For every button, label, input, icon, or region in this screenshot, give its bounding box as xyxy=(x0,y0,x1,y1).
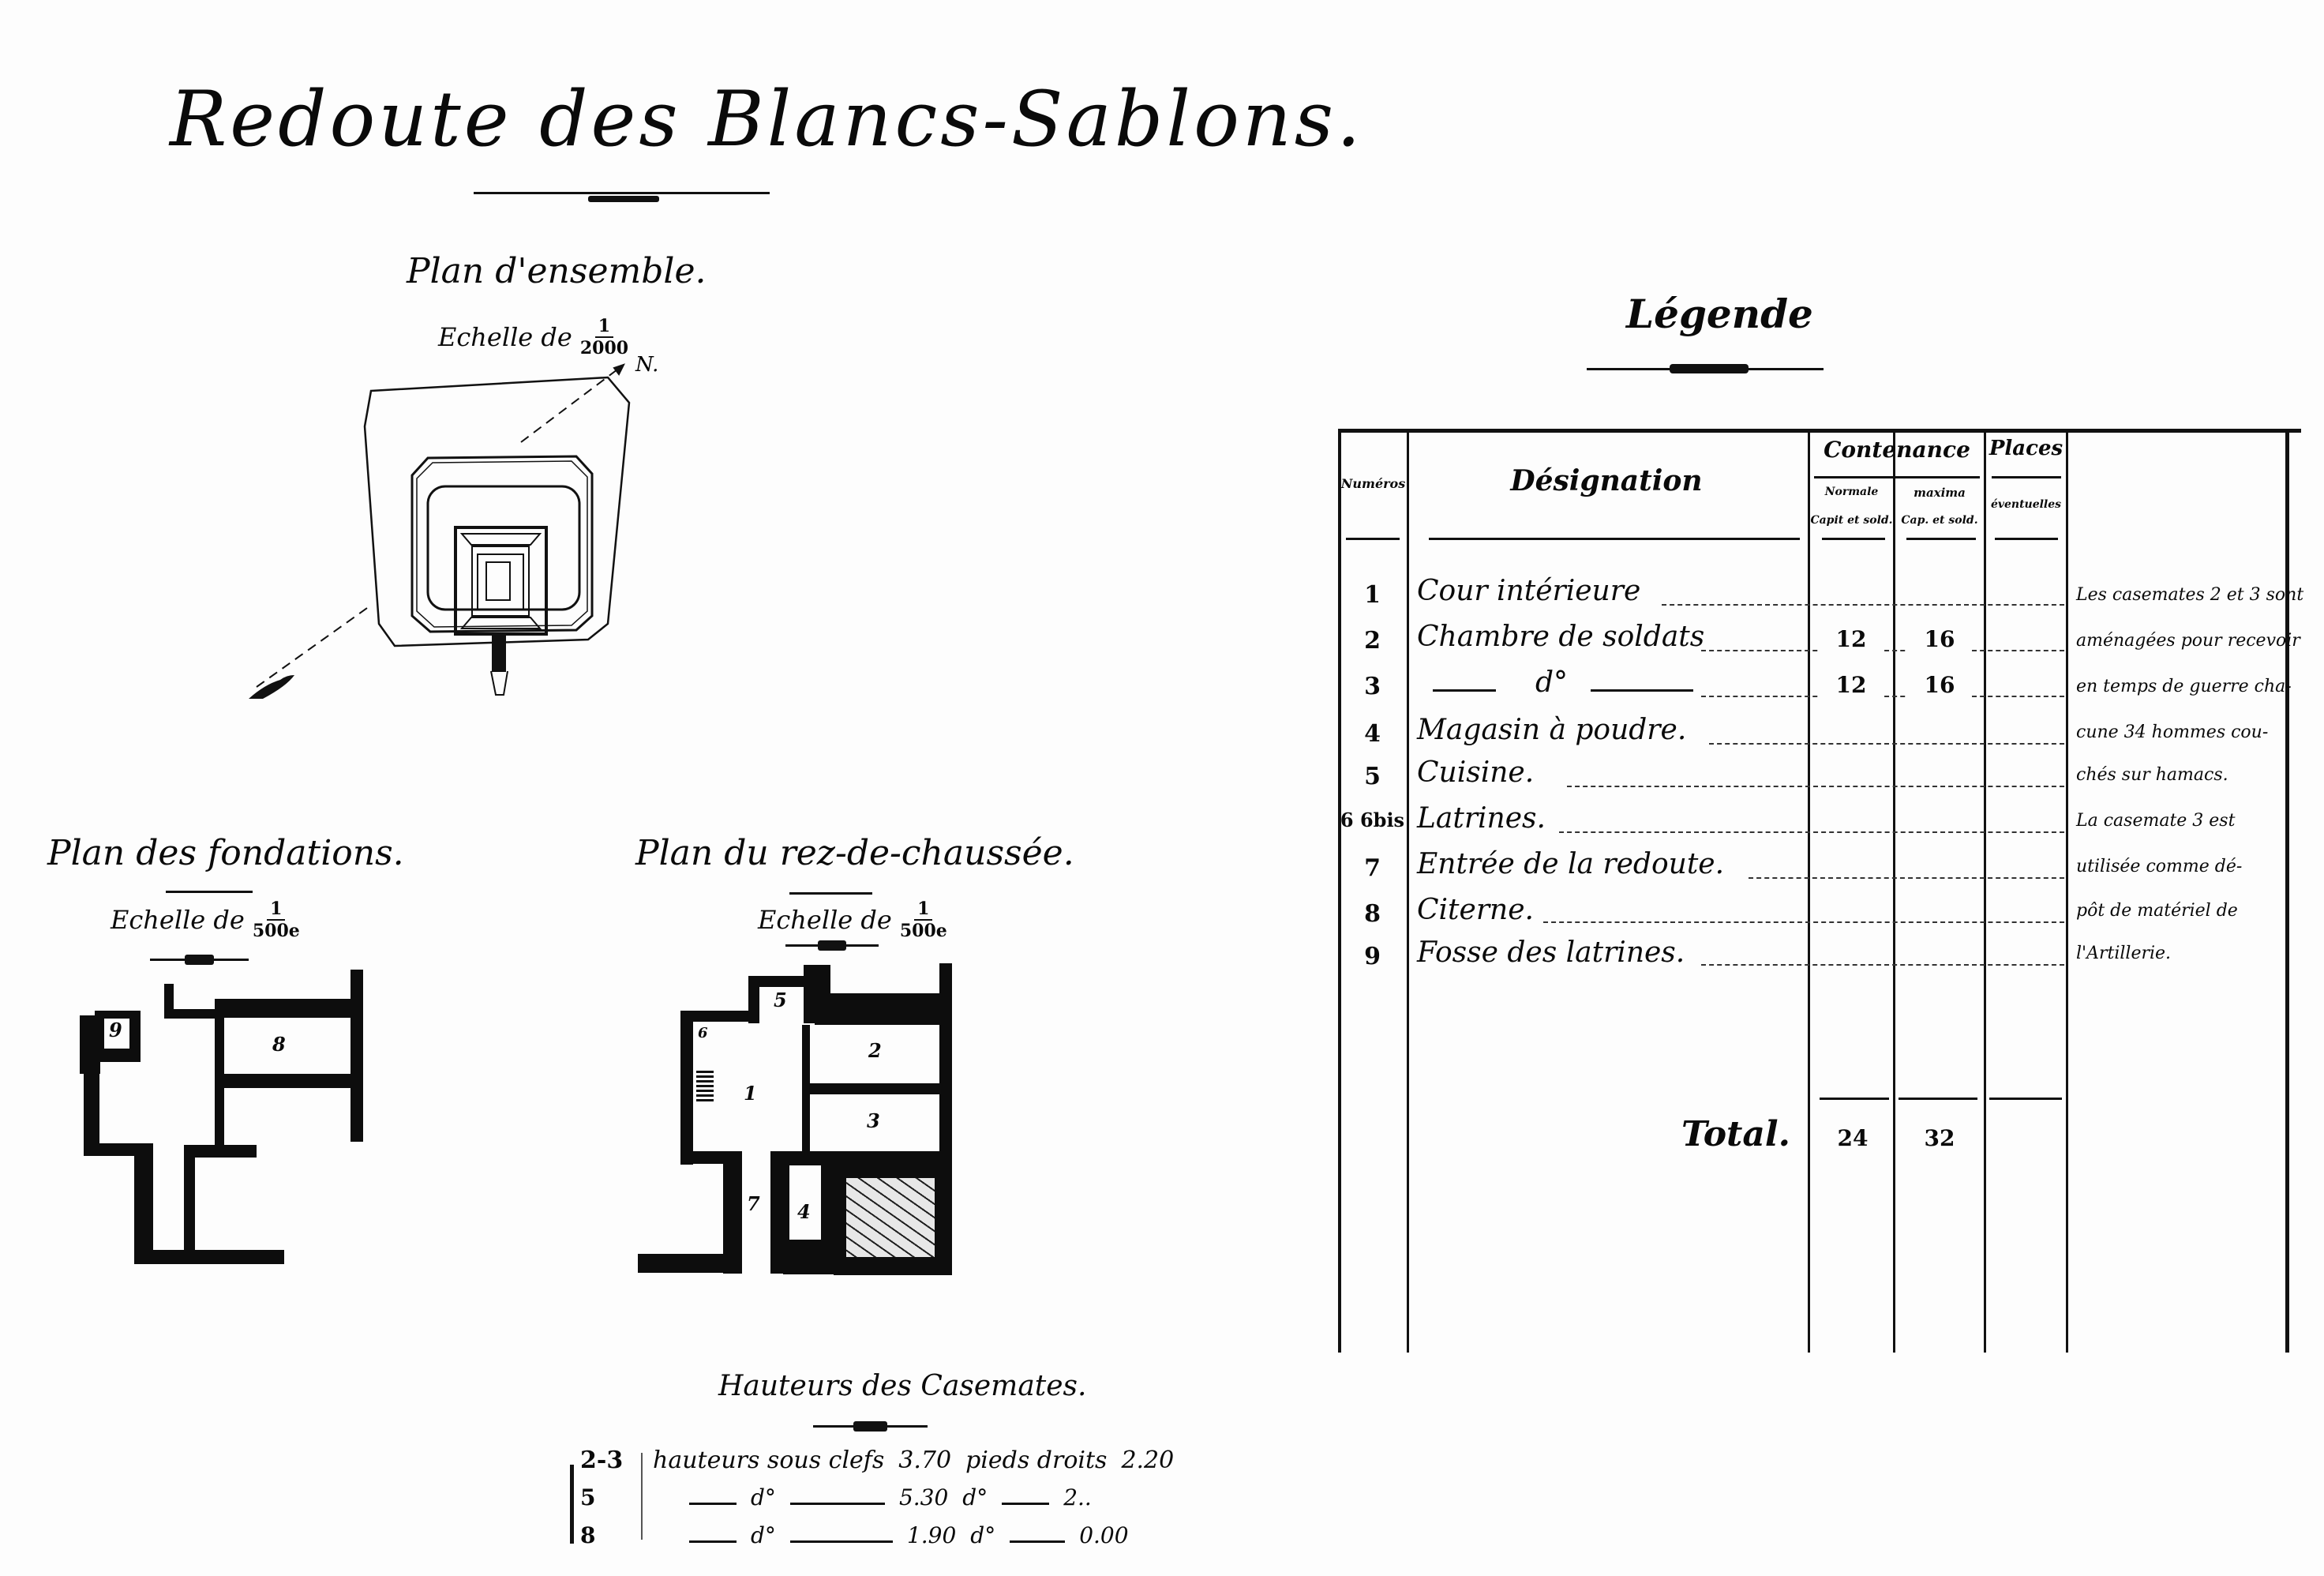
row-designation: Entrée de la redoute. xyxy=(1417,848,1812,880)
height-label: d° xyxy=(751,1484,776,1510)
row-number: 7 xyxy=(1338,854,1407,882)
site-plan-drawing: N. xyxy=(237,347,758,703)
header-places: Places xyxy=(1986,437,2066,460)
title-underline xyxy=(474,192,770,194)
note-line: l'Artillerie. xyxy=(2076,944,2289,963)
row-maxima: 16 xyxy=(1908,626,1971,652)
scale-denominator: 500e xyxy=(253,921,300,940)
scale-numerator: 1 xyxy=(914,900,932,921)
heights-row: 8 d° 1.90 d° 0.00 xyxy=(580,1522,1129,1548)
leader-dots xyxy=(1543,921,2064,923)
leader-dots xyxy=(1559,831,2064,833)
height-label: d° xyxy=(751,1522,776,1548)
table-right-border xyxy=(2285,429,2289,1353)
ditto-line xyxy=(1591,689,1693,692)
row-number: 9 xyxy=(1338,943,1407,970)
col-divider xyxy=(1984,429,1986,1353)
row-normale: 12 xyxy=(1820,672,1883,698)
height-pieds-droits: 2.20 xyxy=(1121,1447,1174,1474)
header-places-sub: éventuelles xyxy=(1986,498,2066,511)
header-rule xyxy=(1906,538,1976,540)
legend-title: Légende xyxy=(1626,291,1813,337)
foundation-plan-drawing: 9 8 xyxy=(63,955,379,1271)
leader-dots xyxy=(1662,604,2064,606)
row-number: 5 xyxy=(1338,763,1407,790)
row-maxima: 16 xyxy=(1908,672,1971,698)
height-pieds-droits: 2.. xyxy=(1063,1484,1092,1510)
col-divider xyxy=(1407,429,1409,1353)
title-underline-ornament xyxy=(588,196,659,202)
row-designation: Magasin à poudre. xyxy=(1417,714,1812,746)
leader-dots xyxy=(1567,786,2064,787)
heights-bracket xyxy=(570,1465,574,1544)
row-designation: Cour intérieure xyxy=(1417,575,1812,607)
row-number: 3 xyxy=(1338,673,1407,700)
header-rule xyxy=(1992,476,2061,478)
header-designation: Désignation xyxy=(1417,464,1796,497)
plan-rdc-title: Plan du rez-de-chaussée. xyxy=(635,833,1074,873)
row-designation: Latrines. xyxy=(1417,802,1812,835)
document-title: Redoute des Blancs-Sablons. xyxy=(170,75,1363,163)
total-rule xyxy=(1899,1098,1977,1100)
header-maxima-sub: Cap. et sold. xyxy=(1895,514,1984,527)
note-line: chés sur hamacs. xyxy=(2076,765,2289,785)
table-top-border xyxy=(1338,429,2301,433)
room-4-label: 4 xyxy=(797,1200,811,1223)
plan-rdc-underline xyxy=(789,892,872,895)
note-line: en temps de guerre cha- xyxy=(2076,677,2289,696)
row-designation: Cuisine. xyxy=(1417,756,1812,789)
plan-ensemble-title: Plan d'ensemble. xyxy=(407,251,706,291)
leader-dots xyxy=(1709,743,2064,745)
note-line: pôt de matériel de xyxy=(2076,901,2289,921)
total-maxima: 32 xyxy=(1908,1125,1971,1151)
room-2-label: 2 xyxy=(868,1039,882,1062)
scale-ornament xyxy=(785,944,879,947)
scale-label: Echelle de xyxy=(758,905,892,935)
scale-fraction: 1 500e xyxy=(900,900,947,940)
row-number: 6 6bis xyxy=(1338,809,1407,831)
height-under-keystone: 1.90 xyxy=(907,1522,956,1548)
header-rule xyxy=(1814,476,1980,478)
row-designation: Chambre de soldats xyxy=(1417,621,1812,653)
height-under-keystone: 3.70 xyxy=(898,1447,951,1474)
room-8-label: 8 xyxy=(272,1033,286,1056)
scale-numerator: 1 xyxy=(595,317,613,338)
row-number: 1 xyxy=(1338,581,1407,609)
header-normale-sub: Capit et sold. xyxy=(1810,514,1893,527)
height-pieds-droits: 0.00 xyxy=(1079,1522,1128,1548)
casemate-numbers: 8 xyxy=(580,1522,628,1548)
plan-fondations-underline xyxy=(166,891,253,893)
note-line: La casemate 3 est xyxy=(2076,811,2289,831)
note-line: aménagées pour recevoir xyxy=(2076,631,2289,651)
row-number: 4 xyxy=(1338,720,1407,748)
row-number: 8 xyxy=(1338,900,1407,928)
heights-row: 5 d° 5.30 d° 2.. xyxy=(580,1484,1092,1510)
header-rule xyxy=(1822,538,1885,540)
total-rule xyxy=(1989,1098,2062,1100)
scale-fraction: 1 500e xyxy=(253,900,300,940)
legend-underline-ornament xyxy=(1670,364,1749,373)
header-normale: Normale xyxy=(1810,486,1893,498)
height-label: hauteurs sous clefs xyxy=(653,1447,884,1474)
heights-ornament xyxy=(813,1425,928,1428)
casemate-numbers: 5 xyxy=(580,1484,628,1510)
plan-rdc-scale: Echelle de 1 500e xyxy=(758,900,947,940)
staircase xyxy=(696,1070,714,1101)
room-1-label: 1 xyxy=(744,1082,757,1105)
col-divider xyxy=(1808,429,1810,1353)
plan-fondations-scale: Echelle de 1 500e xyxy=(111,900,300,940)
header-rule xyxy=(1995,538,2058,540)
col-divider xyxy=(2066,429,2068,1353)
height-under-keystone: 5.30 xyxy=(899,1484,948,1510)
note-line: Les casemates 2 et 3 sont xyxy=(2076,585,2289,605)
note-line: cune 34 hommes cou- xyxy=(2076,722,2289,742)
table-left-border xyxy=(1338,429,1341,1353)
leader-dots xyxy=(1749,877,2064,879)
leader-dots xyxy=(1701,964,2064,966)
room-6-label: 6 xyxy=(698,1025,708,1041)
header-rule xyxy=(1346,538,1400,540)
plan-fondations-title: Plan des fondations. xyxy=(47,833,404,873)
header-maxima: maxima xyxy=(1895,486,1984,500)
scale-label: Echelle de xyxy=(111,905,245,935)
room-5-label: 5 xyxy=(774,989,787,1011)
scale-numerator: 1 xyxy=(267,900,285,921)
header-rule xyxy=(1429,538,1800,540)
casemate-numbers: 2-3 xyxy=(580,1447,628,1474)
total-normale: 24 xyxy=(1821,1125,1884,1151)
header-numeros: Numéros xyxy=(1340,476,1407,491)
room-7-label: 7 xyxy=(747,1192,760,1215)
row-number: 2 xyxy=(1338,627,1407,655)
legend-table: Numéros Désignation Contenance Normale C… xyxy=(1338,429,2301,1353)
scale-denominator: 500e xyxy=(900,921,947,940)
ditto-line xyxy=(1433,689,1496,692)
height-pieds-label: d° xyxy=(970,1522,995,1548)
row-normale: 12 xyxy=(1820,626,1883,652)
total-rule xyxy=(1820,1098,1889,1100)
height-pieds-label: d° xyxy=(962,1484,988,1510)
heights-row: 2-3 hauteurs sous clefs 3.70 pieds droit… xyxy=(580,1447,1174,1474)
leader-dots xyxy=(1701,650,2064,651)
total-label: Total. xyxy=(1681,1114,1790,1154)
room-9-label: 9 xyxy=(109,1019,122,1041)
hatched-area xyxy=(846,1178,935,1257)
leader-dots xyxy=(1701,696,2064,697)
note-line: utilisée comme dé- xyxy=(2076,857,2289,876)
heights-title: Hauteurs des Casemates. xyxy=(718,1370,1086,1402)
north-label: N. xyxy=(635,353,658,377)
room-3-label: 3 xyxy=(867,1109,880,1132)
col-divider xyxy=(1893,429,1895,1353)
ground-floor-plan-drawing: 5 2 3 1 6 7 4 xyxy=(624,947,963,1287)
header-contenance: Contenance xyxy=(1810,437,1984,463)
height-pieds-label: pieds droits xyxy=(965,1447,1107,1474)
